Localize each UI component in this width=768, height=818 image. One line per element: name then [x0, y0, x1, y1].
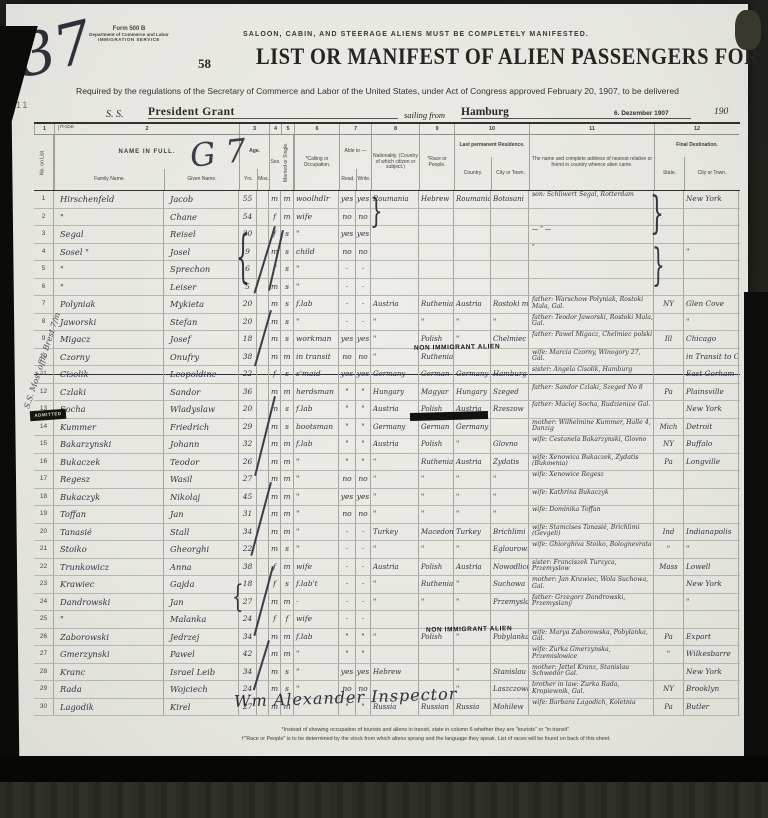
cell-write: yes: [356, 664, 371, 681]
cell-residence-city: [491, 279, 529, 296]
cell-relative: father: Maciej Socha, Rudzienice Gal.: [529, 401, 654, 418]
cell-read: ": [339, 629, 356, 646]
cell-age-mos: [257, 384, 269, 401]
cell-relative: sister: Angela Cisolik, Hamburg: [529, 366, 654, 383]
cell-read: ·: [339, 279, 356, 296]
cell-dest-city: Chicago: [684, 331, 739, 348]
header-sex: Sex.: [269, 135, 281, 190]
cell-residence-country: [454, 226, 491, 243]
cell-sex: m: [269, 419, 281, 436]
cell-marital: f: [281, 611, 294, 628]
cell-write: ·: [356, 524, 371, 541]
cell-residence-city: Stanislau: [491, 664, 529, 681]
cell-dest-state: Pa: [654, 454, 684, 471]
cell-read: ": [339, 646, 356, 663]
cell-dest-state: Ill: [654, 331, 684, 348]
cell-residence-city: Nowodlice: [491, 559, 529, 576]
cell-marital: m: [281, 436, 294, 453]
cell-given-name: Stall: [164, 524, 239, 541]
cell-race: [419, 261, 454, 278]
table-row: 16BukaczekTeodor26mm""""RuthenianAustria…: [34, 454, 740, 472]
cell-dest-state: [654, 471, 684, 488]
cell-marital: m: [281, 349, 294, 366]
cell-nationality: ": [371, 594, 419, 611]
cell-marital: m: [281, 646, 294, 663]
cell-age-mos: [257, 279, 269, 296]
cell-dest-city: Brooklyn: [684, 681, 739, 698]
cell-occupation: child: [294, 244, 339, 261]
cell-nationality: ": [371, 506, 419, 523]
header-family-name: Family Name.: [54, 169, 164, 190]
cell-dest-city: [684, 489, 739, 506]
cell-race: ": [419, 506, 454, 523]
group-brace: {: [236, 226, 250, 291]
cell-race: [419, 664, 454, 681]
cell-relative: father: Pawel Migacz, Chelmiec polski: [529, 331, 654, 348]
cell-sex: m: [269, 664, 281, 681]
cell-marital: s: [281, 366, 294, 383]
manifest-warning: SALOON, CABIN, AND STEERAGE ALIENS MUST …: [206, 31, 626, 38]
cell-family-name: Gmerzynski: [54, 646, 164, 663]
header-age-yrs: Yrs.: [239, 169, 257, 190]
cell-given-name: Leiser: [164, 279, 239, 296]
cell-dest-state: Pa: [654, 629, 684, 646]
cell-read: ·: [339, 314, 356, 331]
ship-name: President Grant: [148, 106, 398, 119]
cell-marital: s: [281, 244, 294, 261]
cell-age-yrs: 20: [239, 296, 257, 313]
year-label: 190: [714, 107, 728, 117]
cell-write: ": [356, 436, 371, 453]
cell-write: no: [356, 349, 371, 366]
cell-dest-state: [654, 594, 684, 611]
cell-residence-country: ": [454, 681, 491, 698]
cell-occupation: workman: [294, 331, 339, 348]
cell-residence-city: Mohilew: [491, 699, 529, 716]
cell-family-name: Zaborowski: [54, 629, 164, 646]
cell-no: 21: [34, 541, 54, 558]
cell-dest-state: [654, 576, 684, 593]
cell-residence-country: ": [454, 471, 491, 488]
cell-age-yrs: 54: [239, 209, 257, 226]
scan-background: Form 500 B Department of Commerce and La…: [0, 0, 768, 818]
cell-family-name: ": [54, 261, 164, 278]
cell-relative: [529, 209, 654, 226]
cell-occupation: wife: [294, 559, 339, 576]
cell-sex: m: [269, 349, 281, 366]
cell-relative: wife: Xenowica Bukaczek, Zydatis (Bukown…: [529, 454, 654, 471]
cell-residence-city: Hamburg: [491, 366, 529, 383]
cell-dest-state: Mich: [654, 419, 684, 436]
cell-dest-city: [684, 506, 739, 523]
cell-write: ": [356, 384, 371, 401]
cell-nationality: [371, 261, 419, 278]
cell-age-yrs: 55: [239, 191, 257, 208]
cell-residence-country: [454, 261, 491, 278]
cell-relative: [529, 279, 654, 296]
cell-relative: [529, 611, 654, 628]
cell-age-mos: [257, 209, 269, 226]
cell-occupation: bootsman: [294, 419, 339, 436]
cell-dest-city: Export: [684, 629, 739, 646]
cell-residence-city: Brichlimi: [491, 524, 529, 541]
cell-age-mos: [257, 191, 269, 208]
cell-age-mos: [257, 541, 269, 558]
cell-write: yes: [356, 191, 371, 208]
cell-family-name: Sosel ": [54, 244, 164, 261]
col-num: 7: [339, 124, 371, 135]
cell-dest-state: Pa: [654, 384, 684, 401]
cell-residence-country: ": [454, 506, 491, 523]
cell-family-name: Stoiko: [54, 541, 164, 558]
cell-dest-city: Detroit: [684, 419, 739, 436]
cell-sex: m: [269, 629, 281, 646]
cell-relative: wife: Dominika Toffan: [529, 506, 654, 523]
cell-no: 19: [34, 506, 54, 523]
cell-no: 20: [34, 524, 54, 541]
cell-no: 29: [34, 681, 54, 698]
cell-residence-country: ": [454, 541, 491, 558]
cell-sex: m: [269, 594, 281, 611]
table-row: 27GmerzynskiPawel42mm"""wife: Zurka Gmer…: [34, 646, 740, 664]
cell-family-name: Bukaczyk: [54, 489, 164, 506]
cell-dest-state: [654, 349, 684, 366]
cell-age-yrs: 45: [239, 489, 257, 506]
non-immigrant-stamp: NON IMMIGRANT ALIEN: [426, 625, 512, 634]
cell-given-name: Sprechon: [164, 261, 239, 278]
col-num: 8: [371, 124, 419, 135]
cell-nationality: ": [371, 629, 419, 646]
cell-marital: s: [281, 576, 294, 593]
cell-no: 18: [34, 489, 54, 506]
cell-occupation: woolhdlr: [294, 191, 339, 208]
cell-dest-city: New York: [684, 576, 739, 593]
cell-race: German: [419, 366, 454, 383]
cell-given-name: Gajda: [164, 576, 239, 593]
cell-sex: m: [269, 471, 281, 488]
ss-label: S. S.: [106, 109, 124, 120]
cell-dest-city: Indianapolis: [684, 524, 739, 541]
table-row: 23KrawiecGajda18fsf.lab't··"Ruthenian"Su…: [34, 576, 740, 594]
cell-dest-state: Ind: [654, 524, 684, 541]
cell-residence-country: Austria: [454, 454, 491, 471]
cell-residence-country: ": [454, 489, 491, 506]
cell-race: ": [419, 471, 454, 488]
table-row: 10CzornyOnufry38mmin transitnono"Rutheni…: [34, 349, 740, 367]
cell-nationality: [371, 279, 419, 296]
table-row: 21StoikoGheorghi22ms"··"""Eglourownetawi…: [34, 541, 740, 559]
cell-marital: m: [281, 191, 294, 208]
cell-race: Ruthenian: [419, 454, 454, 471]
cell-occupation: f.lab: [294, 296, 339, 313]
cell-relative: — " —: [529, 226, 654, 243]
cell-sex: m: [269, 524, 281, 541]
header-residence-city: City or Town.: [491, 157, 529, 190]
cell-occupation: ": [294, 506, 339, 523]
cell-residence-city: Laszczowka: [491, 681, 529, 698]
cell-nationality: ": [371, 454, 419, 471]
cell-dest-state: [654, 506, 684, 523]
cell-age-mos: [257, 366, 269, 383]
cell-relative: mother: Jettel Kranz, Stanislau Schwedor…: [529, 664, 654, 681]
cell-sex: m: [269, 541, 281, 558]
cell-race: [419, 226, 454, 243]
cell-occupation: in transit: [294, 349, 339, 366]
cell-nationality: ": [371, 349, 419, 366]
cell-dest-city: [684, 261, 739, 278]
cell-dest-city: ": [684, 314, 739, 331]
cell-dest-city: Wilkesbarre: [684, 646, 739, 663]
cell-write: ": [356, 629, 371, 646]
cell-nationality: ": [371, 471, 419, 488]
cell-write: ": [356, 419, 371, 436]
cell-sex: m: [269, 506, 281, 523]
cell-no: 16: [34, 454, 54, 471]
cell-race: ": [419, 541, 454, 558]
table-row: 5"Sprechon6fs"··: [34, 261, 740, 279]
cell-write: ·: [356, 594, 371, 611]
cell-residence-city: Szeged: [491, 384, 529, 401]
cell-read: ·: [339, 611, 356, 628]
cell-no: 4: [34, 244, 54, 261]
cell-family-name: Hirschenfeld: [54, 191, 164, 208]
cell-residence-city: [491, 244, 529, 261]
cell-marital: m: [281, 559, 294, 576]
cell-dest-state: [654, 664, 684, 681]
cell-given-name: Kirel: [164, 699, 239, 716]
footnote-race: †"Race or People" is to be determined by…: [126, 735, 726, 744]
cell-relative: wife: Marya Zaborowska, Pobylanka, Gal.: [529, 629, 654, 646]
cell-residence-city: Przemyslany: [491, 594, 529, 611]
cell-race: Ruthenian: [419, 296, 454, 313]
col-num: 2: [54, 124, 239, 135]
table-row: 17RegeszWasil27mm"nono""""wife: Xenowice…: [34, 471, 740, 489]
table-row: 3SegalReisel30fs"yesyes— " —: [34, 226, 740, 244]
cell-dest-city: Buffalo: [684, 436, 739, 453]
cell-age-mos: [257, 226, 269, 243]
col-num: 6: [294, 124, 339, 135]
table-row: 6"Leiser5ms"··: [34, 279, 740, 297]
cell-residence-city: ": [491, 489, 529, 506]
col-num: 10: [454, 124, 529, 135]
cell-given-name: Wojciech: [164, 681, 239, 698]
cell-nationality: ": [371, 489, 419, 506]
cell-given-name: Friedrich: [164, 419, 239, 436]
cell-read: yes: [339, 489, 356, 506]
cell-residence-country: Roumania: [454, 191, 491, 208]
table-row: 8JaworskiStefan20ms"··""""father: Teodor…: [34, 314, 740, 332]
cell-residence-city: Rostoki mala: [491, 296, 529, 313]
cell-dest-state: NY: [654, 296, 684, 313]
cell-dest-city: [684, 209, 739, 226]
cell-occupation: ": [294, 314, 339, 331]
cell-residence-country: Hungary: [454, 384, 491, 401]
header-no-on-list: No. on List.: [34, 135, 54, 190]
table-row: 15BakarzynskiJohann32mmf.lab""AustriaPol…: [34, 436, 740, 454]
cell-marital: m: [281, 506, 294, 523]
cell-marital: s: [281, 331, 294, 348]
cell-dest-state: [654, 401, 684, 418]
cell-read: no: [339, 471, 356, 488]
cell-race: [419, 279, 454, 296]
header-scribble: G 7: [188, 131, 248, 175]
cell-residence-country: Austria: [454, 559, 491, 576]
cell-age-yrs: 26: [239, 454, 257, 471]
cell-residence-city: Rzeszow: [491, 401, 529, 418]
cell-age-yrs: 42: [239, 646, 257, 663]
cell-given-name: Wasil: [164, 471, 239, 488]
cell-given-name: Gheorghi: [164, 541, 239, 558]
cell-no: 3: [34, 226, 54, 243]
cell-relative: [529, 261, 654, 278]
cell-residence-city: [491, 646, 529, 663]
cell-family-name: Tanasié: [54, 524, 164, 541]
cell-read: ·: [339, 524, 356, 541]
cell-write: ·: [356, 314, 371, 331]
cell-given-name: Stefan: [164, 314, 239, 331]
cell-write: no: [356, 506, 371, 523]
cell-relative: father: Warschow Polyniak, Rostoki Mala,…: [529, 296, 654, 313]
cell-read: ·: [339, 576, 356, 593]
table-row: 14KummerFriedrich29msbootsman""GermanyGe…: [34, 419, 740, 437]
scan-background-texture: [0, 782, 768, 818]
cell-given-name: Jedrzej: [164, 629, 239, 646]
cell-family-name: Trunkowicz: [54, 559, 164, 576]
page-title: LIST OR MANIFEST OF ALIEN PASSENGERS FOR…: [256, 44, 746, 70]
table-row: 24DandrowskiJan27mm···"""Przemyslanyfath…: [34, 594, 740, 612]
cell-write: yes: [356, 331, 371, 348]
cell-given-name: Jacob: [164, 191, 239, 208]
cell-relative: wife: Ghiorghiva Stoiko, Bolognevrata: [529, 541, 654, 558]
sheet-number: 58: [198, 56, 211, 72]
cell-write: ·: [356, 541, 371, 558]
cell-given-name: Josel: [164, 244, 239, 261]
cell-occupation: ": [294, 471, 339, 488]
header-dest-state: State.: [654, 157, 684, 190]
cell-dest-state: ": [654, 646, 684, 663]
cell-no: 24: [34, 594, 54, 611]
paper: Form 500 B Department of Commerce and La…: [6, 4, 748, 760]
ship-line: S. S. President Grant sailing from Hambu…: [6, 105, 748, 123]
scan-edge-right: [744, 292, 768, 760]
cell-nationality: Austria: [371, 559, 419, 576]
cell-marital: m: [281, 454, 294, 471]
table-row: 26ZaborowskiJedrzej34mmf.lab"""Polish"Po…: [34, 629, 740, 647]
cell-dest-state: Pa: [654, 699, 684, 716]
cell-dest-city: Glen Cove: [684, 296, 739, 313]
cell-age-mos: [257, 296, 269, 313]
cell-residence-city: ": [491, 506, 529, 523]
cell-race: Hebrew: [419, 191, 454, 208]
cell-sex: m: [269, 331, 281, 348]
cell-residence-city: Zydatis: [491, 454, 529, 471]
table-row: 7PolyniakMykieta20msf.lab··AustriaRuthen…: [34, 296, 740, 314]
table-row: 13SochaWladyslaw20msf.lab""AustriaPolish…: [34, 401, 740, 419]
cell-family-name: Bukaczek: [54, 454, 164, 471]
header-final-destination: Final Destination.: [654, 135, 739, 157]
cell-residence-city: ": [491, 471, 529, 488]
cell-marital: s: [281, 226, 294, 243]
cell-dest-city: [684, 226, 739, 243]
cell-write: ·: [356, 296, 371, 313]
cell-given-name: Mykieta: [164, 296, 239, 313]
cell-age-yrs: 22: [239, 366, 257, 383]
cell-age-yrs: 29: [239, 419, 257, 436]
header-occupation: *Calling or Occupation.: [294, 135, 339, 190]
cell-residence-city: Eglourowneta: [491, 541, 529, 558]
cell-read: ·: [339, 296, 356, 313]
cell-family-name: Kummer: [54, 419, 164, 436]
cell-race: [419, 209, 454, 226]
table-header: H-558 1 2 3 4 5 6 7 8 9 10 11 12 No. on …: [34, 122, 740, 191]
col-num: 9: [419, 124, 454, 135]
cell-nationality: [371, 611, 419, 628]
group-brace: }: [650, 190, 664, 240]
cell-read: ·: [339, 261, 356, 278]
cell-residence-country: ": [454, 664, 491, 681]
cell-relative: brother in law: Zurka Rada, Kropiewnik, …: [529, 681, 654, 698]
cell-marital: s: [281, 261, 294, 278]
cell-marital: m: [281, 209, 294, 226]
cell-family-name: Bakarzynski: [54, 436, 164, 453]
cell-read: ·: [339, 541, 356, 558]
cell-sex: m: [269, 436, 281, 453]
cell-family-name: Polyniak: [54, 296, 164, 313]
cell-race: [419, 244, 454, 261]
cell-write: no: [356, 471, 371, 488]
cell-sex: f: [269, 366, 281, 383]
cell-relative: mother: Jan Krawiec, Wola Suchowa, Gal.: [529, 576, 654, 593]
cell-residence-city: [491, 226, 529, 243]
group-brace: }: [370, 190, 383, 231]
cell-no: 6: [34, 279, 54, 296]
cell-nationality: Austria: [371, 436, 419, 453]
cell-dest-city: [684, 471, 739, 488]
cell-family-name: ": [54, 611, 164, 628]
cell-dest-city: New York: [684, 664, 739, 681]
cell-write: ·: [356, 279, 371, 296]
cell-no: 2: [34, 209, 54, 226]
manifest-table: H-558 1 2 3 4 5 6 7 8 9 10 11 12 No. on …: [34, 122, 740, 716]
cell-dest-state: Mass: [654, 559, 684, 576]
cell-race: [419, 646, 454, 663]
cell-no: 30: [34, 699, 54, 716]
date-stamp: 6. Dezember 1907: [614, 110, 669, 117]
cell-read: yes: [339, 331, 356, 348]
cell-no: 28: [34, 664, 54, 681]
cell-race: Magyar: [419, 384, 454, 401]
table-row: 20TanasiéStall34mm"··TurkeyMacedonianTur…: [34, 524, 740, 542]
cell-occupation: f.lab't: [294, 576, 339, 593]
cell-marital: m: [281, 594, 294, 611]
cell-no: 7: [34, 296, 54, 313]
cell-age-yrs: 32: [239, 436, 257, 453]
table-row: 25"Malanka24ffwife··: [34, 611, 740, 629]
cell-residence-country: Turkey: [454, 524, 491, 541]
cell-family-name: Cisolik: [54, 366, 164, 383]
header-last-residence: Last permanent Residence.: [454, 135, 529, 157]
cell-no: 25: [34, 611, 54, 628]
header-read: Read.: [339, 169, 356, 190]
cell-residence-country: ": [454, 594, 491, 611]
cell-race: Polish: [419, 436, 454, 453]
col-num: 1: [34, 124, 54, 135]
cell-residence-country: ": [454, 314, 491, 331]
cell-residence-city: ": [491, 314, 529, 331]
cell-occupation: f.lab: [294, 629, 339, 646]
corner-mark: H-558: [58, 125, 75, 131]
cell-occupation: f.lab: [294, 401, 339, 418]
